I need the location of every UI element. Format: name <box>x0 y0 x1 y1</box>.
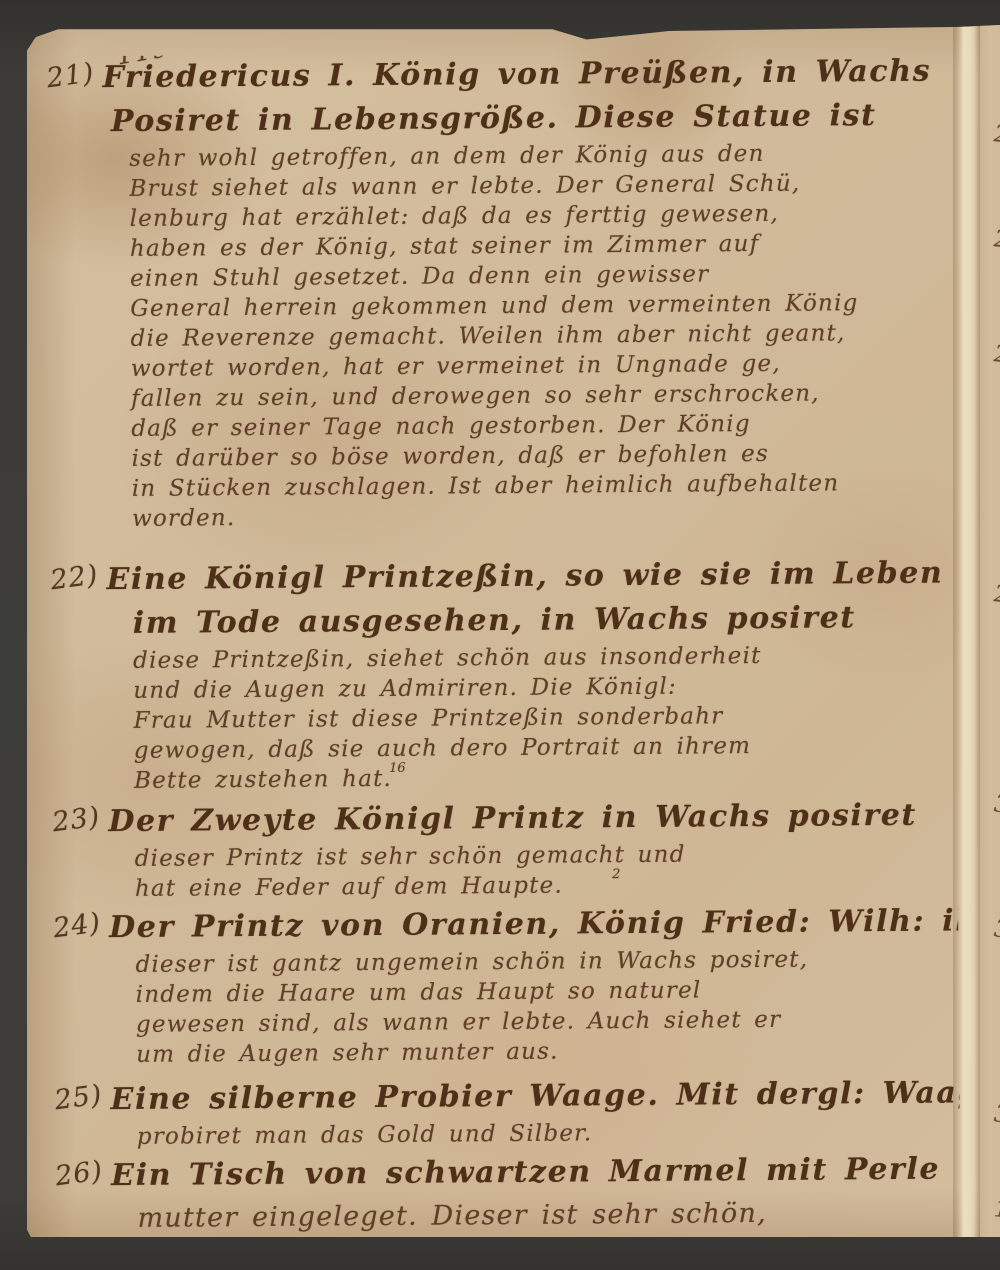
manuscript-line: Bette zustehen hat.16 <box>134 759 957 795</box>
entry-number: 23) <box>51 801 103 838</box>
facing-page-sliver: 22223331 <box>980 25 1000 1237</box>
entry-number: 24) <box>51 907 103 944</box>
manuscript-line: im Tode ausgesehen, in Wachs posiret <box>133 595 956 645</box>
manuscript-line: Der Zweyte Königl Printz in Wachs posire… <box>108 793 957 844</box>
interline-note: 16 <box>389 754 406 784</box>
facing-page-entry-number-fragment: 2 <box>992 579 1000 608</box>
entry-number: 22) <box>49 559 101 596</box>
facing-page-entry-number-fragment: 3 <box>992 1099 1000 1128</box>
entry-25: 25)Eine silberne Probier Waage. Mit derg… <box>54 1071 960 1152</box>
facing-page-entry-number-fragment: 2 <box>992 224 1000 253</box>
manuscript-line: Posiret in Lebensgröße. Diese Statue ist <box>111 93 952 144</box>
manuscript-content: 1198 21)Friedericus I. König von Preüßen… <box>46 49 960 1236</box>
entry-number: 26) <box>53 1155 105 1192</box>
manuscript-line: Eine Königl Printzeßin, so wie sie im Le… <box>106 551 955 602</box>
entry-22: 22)Eine Königl Printzeßin, so wie sie im… <box>50 551 957 796</box>
manuscript-scan: 1198 21)Friedericus I. König von Preüßen… <box>0 0 1000 1270</box>
facing-page-entry-number-fragment: 1 <box>992 1194 1000 1223</box>
facing-page-entry-number-fragment: 2 <box>992 339 1000 368</box>
entry-23: 23)Der Zweyte Königl Printz in Wachs pos… <box>52 793 958 904</box>
entry-number: 21) <box>46 57 96 94</box>
interline-note: 2 <box>612 860 621 890</box>
manuscript-line: hat eine Feder auf dem Haupte.2 <box>135 867 958 903</box>
manuscript-line: probiret man das Gold und Silber. <box>137 1115 960 1151</box>
manuscript-line: Ein Tisch von schwartzen Marmel mit Perl… <box>111 1147 960 1198</box>
entry-24: 24)Der Printz von Oranien, König Fried: … <box>53 899 959 1070</box>
entry-26: 26)Ein Tisch von schwartzen Marmel mit P… <box>55 1147 961 1236</box>
manuscript-line: Der Printz von Oranien, König Fried: Wil… <box>109 899 958 950</box>
manuscript-line: worden. <box>132 497 955 533</box>
facing-page-entry-number-fragment: 3 <box>992 914 1000 943</box>
book-gutter-fold <box>953 25 980 1237</box>
manuscript-line: mutter eingeleget. Dieser ist sehr schön… <box>137 1191 960 1236</box>
manuscript-line: Eine silberne Probier Waage. Mit dergl: … <box>110 1071 959 1122</box>
facing-page-entry-number-fragment: 3 <box>992 789 1000 818</box>
entry-list: 21)Friedericus I. König von Preüßen, in … <box>46 49 960 1236</box>
entry-number: 25) <box>53 1079 105 1116</box>
facing-page-entry-number-fragment: 2 <box>992 119 1000 148</box>
manuscript-line: um die Augen sehr munter aus. <box>136 1033 959 1069</box>
manuscript-paper: 1198 21)Friedericus I. König von Preüßen… <box>27 25 1000 1237</box>
entry-21: 21)Friedericus I. König von Preüßen, in … <box>46 49 955 534</box>
manuscript-line: Friedericus I. König von Preüßen, in Wac… <box>102 49 951 100</box>
